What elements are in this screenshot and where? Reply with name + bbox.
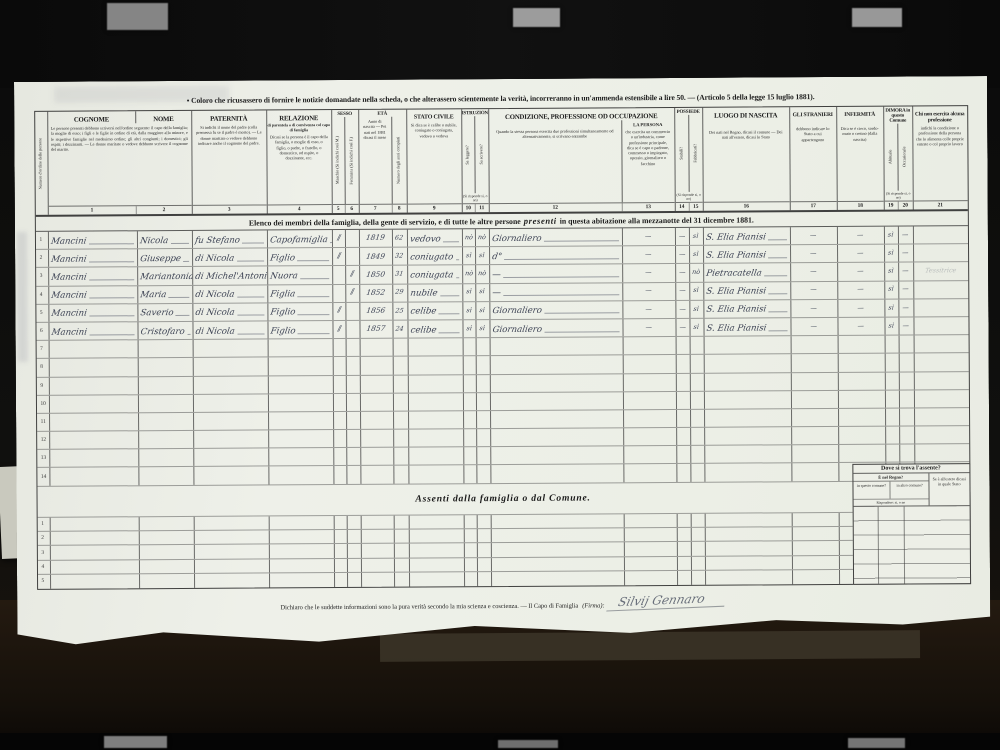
cell-cognome	[49, 377, 138, 395]
handwritten-entry: —	[857, 323, 864, 329]
pen-flourish	[440, 296, 459, 297]
cell-condizione	[491, 465, 624, 483]
cell-nome	[139, 413, 194, 431]
pen-flourish	[89, 298, 134, 299]
col-header-istruzione: ISTRUZIONE Sa leggere? Sa scrivere? (Si …	[462, 109, 490, 212]
pen-flourish	[769, 294, 787, 295]
pen-flourish	[89, 243, 134, 244]
handwritten-entry: ∥	[335, 253, 342, 260]
cell-persona: —	[622, 228, 675, 246]
pen-flourish	[443, 241, 458, 242]
cell-luogo	[704, 355, 791, 373]
cognome-nome-desc: Le persone presenti debbono scriversi ne…	[48, 123, 191, 206]
cell-condizione	[490, 374, 623, 392]
handwritten-entry: sì	[693, 251, 699, 257]
cell-f	[347, 559, 361, 572]
cell-persona: —	[623, 264, 676, 282]
cell-n: 4	[37, 561, 50, 574]
maschio-label: Maschio (Si indichi così M.)	[335, 136, 340, 184]
handwritten-entry: nò	[692, 269, 701, 275]
handwritten-entry: —	[857, 250, 864, 256]
row-number: 7	[38, 346, 43, 352]
handwritten-entry: —	[645, 288, 652, 294]
cell-anno	[361, 530, 394, 544]
handwritten-entry: 62	[395, 235, 404, 241]
cell-paternita: di Michel'Antonio	[193, 267, 268, 285]
cell-m	[334, 530, 347, 543]
handwritten-entry: di Nicola	[194, 309, 234, 318]
cell-condizione	[491, 514, 624, 528]
abituale-cell: Abituale	[884, 124, 898, 191]
cell-stabili: —	[676, 282, 690, 299]
stranieri-title: GLI STRANIERI	[790, 107, 836, 118]
cell-occasionale	[899, 336, 914, 353]
row-number: 14	[39, 473, 46, 479]
cell-persona	[624, 542, 677, 556]
cell-infermita	[838, 354, 885, 371]
relazione-title: RELAZIONE	[267, 110, 331, 122]
pen-flourish	[237, 315, 264, 316]
cell-relazione	[269, 544, 334, 558]
handwritten-entry: —	[810, 287, 817, 293]
cell-f	[348, 573, 362, 586]
pen-flourish	[183, 261, 188, 262]
cell-occasionale	[899, 372, 914, 389]
pen-flourish	[237, 297, 264, 298]
cell-persona	[624, 464, 677, 482]
condizione-desc-cell: Quando la stessa persona esercita due pr…	[489, 120, 622, 203]
pen-flourish	[544, 313, 619, 314]
cell-stranieri	[791, 372, 838, 389]
cell-leggere: nò	[462, 229, 475, 246]
cell-abituale	[886, 427, 900, 444]
cell-nome: Saverio	[138, 304, 193, 322]
handwritten-entry: 24	[395, 325, 404, 331]
row-number: 1	[39, 521, 44, 527]
possiede-note: (Si risponde sì, o no)	[675, 192, 702, 202]
handwritten-entry: —	[902, 304, 909, 310]
pen-flourish	[300, 278, 329, 279]
margin-pencil-smudge	[17, 232, 28, 362]
altro-comune-label: in altro comune?	[891, 481, 929, 498]
handwritten-entry: 1849	[366, 252, 386, 260]
handwritten-entry: —	[902, 268, 909, 274]
cell-stabili	[677, 528, 691, 541]
col-num-12: 12	[489, 203, 622, 212]
cell-scrivere: sì	[476, 320, 490, 337]
la-persona-desc: che esercita un commercio o un'industria…	[622, 127, 674, 168]
pen-flourish	[89, 279, 134, 280]
cell-stabili	[677, 410, 691, 427]
absent-box-col2	[879, 507, 905, 584]
cell-anno: 1857	[360, 321, 393, 338]
cell-nome	[138, 358, 193, 376]
cell-stranieri	[792, 409, 839, 426]
handwritten-entry: —	[810, 323, 817, 329]
present-rows: 1ManciniNicolafu StefanoCapofamiglia∥181…	[35, 226, 969, 486]
cell-scrivere	[478, 572, 492, 585]
handwritten-entry: —	[679, 287, 686, 293]
col-num-8: 8	[392, 205, 406, 213]
cell-stato: celibe	[408, 320, 463, 338]
handwritten-entry: fu Stefano	[194, 236, 240, 245]
cell-mobili	[690, 373, 704, 390]
cell-stato	[410, 572, 465, 586]
handwritten-entry: Mancini	[50, 274, 87, 283]
cell-stabili	[676, 392, 690, 409]
cell-mobili	[690, 391, 704, 408]
cell-cognome	[49, 340, 138, 358]
handwritten-entry: sì	[465, 252, 471, 258]
cell-relazione	[269, 530, 334, 544]
dimora-note: (Si risponde sì, o no)	[884, 191, 912, 201]
cell-stabili	[677, 542, 691, 555]
istruzione-note: (Si risponde sì, o no)	[462, 193, 488, 203]
cell-stranieri	[792, 570, 839, 584]
cell-infermita: —	[838, 281, 885, 298]
handwritten-entry: Mariantonia	[139, 273, 193, 282]
cell-leggere: nò	[463, 266, 476, 283]
handwritten-entry: Mancini	[50, 237, 87, 246]
cell-stranieri	[792, 513, 839, 527]
cell-f	[347, 544, 361, 557]
cell-stato	[408, 393, 463, 411]
cell-m: ∥	[333, 248, 346, 265]
cell-paternita	[194, 449, 269, 467]
cell-condizione: d°	[490, 246, 623, 264]
cell-stato: coniugato	[408, 247, 463, 265]
cell-anno	[361, 466, 394, 483]
handwritten-entry: 1850	[366, 270, 386, 278]
absent-rows: 12345	[37, 511, 969, 589]
handwritten-entry: —	[645, 233, 652, 239]
stranieri-desc: debbono indicare lo Stato a cui apparten…	[790, 118, 837, 201]
pen-flourish	[456, 277, 459, 278]
cell-anno	[361, 448, 394, 465]
condizione-title: CONDIZIONE, PROFESSIONE OD OCCUPAZIONE	[489, 108, 674, 121]
cell-chi	[914, 372, 968, 390]
cell-occasionale	[899, 354, 914, 371]
cell-stato	[409, 558, 464, 572]
cell-luogo	[705, 464, 792, 482]
cell-paternita	[194, 530, 269, 544]
cell-f	[346, 375, 360, 392]
handwritten-entry: —	[857, 268, 864, 274]
cell-m	[333, 266, 346, 283]
cell-anni	[393, 375, 408, 392]
cell-nome: Giuseppe	[138, 249, 193, 267]
cell-mobili	[691, 410, 705, 427]
handwritten-entry: —	[810, 232, 817, 238]
anni-compiuti-cell: Numero degli anni compiuti	[392, 117, 407, 204]
cell-scrivere	[477, 447, 491, 464]
handwritten-entry: sì	[888, 286, 894, 292]
cell-abituale	[885, 336, 899, 353]
cell-infermita: —	[838, 245, 885, 262]
cell-chi	[914, 281, 968, 299]
cell-scrivere	[477, 558, 491, 571]
cell-stranieri	[792, 445, 839, 462]
col-header-numero: Numero d'ordine delle persone	[35, 112, 49, 215]
gray-card	[104, 736, 167, 748]
handwritten-entry: Nuora	[269, 272, 298, 281]
cell-infermita	[838, 372, 885, 389]
handwritten-entry: sì	[693, 305, 699, 311]
cell-condizione	[490, 337, 623, 355]
handwritten-entry: —	[679, 324, 686, 330]
cell-n: 10	[36, 395, 49, 412]
cell-leggere	[464, 558, 477, 571]
handwritten-entry: ∥	[336, 307, 343, 314]
handwritten-entry: sì	[693, 287, 699, 293]
cell-luogo	[705, 409, 792, 427]
cell-nome	[138, 340, 193, 358]
luogo-desc: Dei nati nel Regno, dicasi il comune — D…	[703, 119, 789, 202]
cell-leggere	[464, 447, 477, 464]
cell-paternita: di Nicola	[193, 249, 268, 267]
cell-persona	[624, 410, 677, 428]
cell-scrivere	[477, 466, 491, 483]
col-num-14: 14	[675, 203, 689, 211]
pen-flourish	[769, 312, 787, 313]
cell-m: ∥	[332, 230, 345, 247]
handwritten-entry: sì	[466, 307, 472, 313]
cell-f: ∥	[346, 266, 360, 283]
cell-leggere	[464, 429, 477, 446]
cell-relazione	[270, 573, 335, 587]
cell-cognome	[49, 395, 138, 413]
cell-cognome	[49, 359, 138, 377]
handwritten-entry: ∥	[335, 235, 342, 242]
cell-persona	[623, 373, 676, 391]
cell-m	[334, 544, 347, 557]
cell-chi	[915, 444, 969, 462]
cell-anni: 32	[393, 248, 408, 265]
handwritten-entry: sì	[693, 324, 699, 330]
cell-relazione: Capofamiglia	[267, 230, 332, 248]
handwritten-entry: sì	[888, 268, 894, 274]
cell-abituale	[886, 445, 900, 462]
cell-leggere: sì	[463, 284, 476, 301]
cell-paternita	[195, 574, 270, 588]
cell-infermita	[839, 409, 886, 426]
handwritten-entry: Figlio	[269, 327, 295, 336]
cell-abituale	[885, 354, 899, 371]
pen-flourish	[89, 261, 134, 262]
handwritten-entry: —	[678, 269, 685, 275]
handwritten-entry: sì	[693, 233, 699, 239]
handwritten-entry: Pietracatella	[705, 269, 762, 278]
cell-mobili	[692, 571, 706, 584]
cell-paternita: di Nicola	[193, 303, 268, 321]
faint-stamp-smudge	[54, 86, 229, 103]
cell-anno: 1850	[360, 266, 393, 283]
cell-condizione	[490, 392, 623, 410]
col-header-condizione: CONDIZIONE, PROFESSIONE OD OCCUPAZIONE Q…	[489, 108, 676, 212]
cell-persona: —	[623, 283, 676, 301]
cell-nome	[139, 449, 194, 467]
cell-relazione	[268, 357, 333, 375]
cell-luogo: S. Elia Pianisi	[704, 300, 791, 318]
stabili-label: Stabili?	[679, 147, 684, 160]
cell-occasionale	[900, 445, 915, 462]
cell-anno	[361, 515, 394, 529]
handwritten-entry: —	[645, 324, 652, 330]
cell-relazione	[268, 376, 333, 394]
col-num-9: 9	[407, 203, 461, 212]
col-num-13: 13	[622, 203, 674, 211]
handwritten-entry: sì	[479, 325, 485, 331]
row-number: 4	[39, 564, 44, 570]
cell-chi	[913, 226, 967, 244]
handwritten-entry: nò	[478, 270, 487, 276]
cell-abituale: sì	[885, 299, 899, 316]
cell-persona	[624, 428, 677, 446]
anno-nascita-label: Anno di nascita — Pei nati nel 1881 dica…	[359, 117, 392, 204]
occasionale-cell: Occasionale	[898, 124, 912, 191]
handwritten-entry: sì	[888, 322, 894, 328]
gray-card	[852, 8, 902, 27]
col-num-18: 18	[837, 201, 883, 210]
col-num-20: 20	[898, 202, 912, 210]
cell-stabili: —	[676, 246, 690, 263]
col-header-infermita: INFERMITÀ Dica se è cieco, sordo-muto o …	[837, 107, 885, 210]
cell-paternita: fu Stefano	[192, 230, 267, 248]
cell-relazione: Figlio	[268, 321, 333, 339]
cell-n: 6	[36, 323, 49, 340]
col-header-dimora: DIMORA in questo Comune Abituale Occasio…	[884, 107, 914, 210]
cell-persona: —	[623, 301, 676, 319]
handwritten-entry: Mancini	[50, 310, 87, 319]
cell-m	[335, 573, 348, 586]
cell-m	[334, 559, 347, 572]
luogo-title: LUOGO DI NASCITA	[703, 107, 789, 120]
col-num-10: 10	[462, 204, 475, 212]
cell-anno	[361, 430, 394, 447]
maschio-cell: Maschio (Si indichi così M.)	[332, 117, 346, 204]
cell-n: 4	[36, 286, 49, 303]
cell-anni: 24	[393, 321, 408, 338]
cell-stranieri	[792, 541, 839, 555]
cell-mobili	[691, 428, 705, 445]
cell-condizione: Giornaliero	[489, 228, 622, 246]
cell-persona: —	[623, 319, 676, 337]
cell-relazione: Nuora	[268, 266, 333, 284]
anno-nascita-cell: Anno di nascita — Pei nati nel 1881 dica…	[359, 117, 393, 204]
handwritten-entry: —	[491, 271, 501, 280]
cell-mobili	[691, 542, 705, 555]
cell-stato: coniugata	[408, 266, 463, 284]
cell-luogo	[705, 427, 792, 445]
absent-box-col1	[853, 507, 879, 584]
cell-paternita	[193, 340, 268, 358]
pen-flourish	[237, 260, 264, 261]
handwritten-entry: —	[810, 250, 817, 256]
cell-n: 5	[36, 305, 49, 322]
col-num-16: 16	[703, 201, 789, 211]
cell-m	[333, 285, 346, 302]
cell-condizione: Giornaliero	[490, 319, 623, 337]
row-number: 13	[39, 455, 46, 461]
col-num-15: 15	[689, 203, 702, 211]
cell-abituale	[886, 408, 900, 425]
pen-flourish	[544, 240, 619, 241]
cell-occasionale: —	[899, 245, 914, 262]
cell-anni: 62	[392, 230, 407, 247]
cell-paternita	[194, 431, 269, 449]
row-number: 1	[37, 237, 42, 243]
cell-luogo	[705, 556, 792, 570]
cell-relazione	[268, 394, 333, 412]
cell-stranieri	[791, 336, 838, 353]
cell-scrivere: nò	[476, 265, 490, 282]
cell-chi	[914, 244, 968, 262]
cell-mobili	[691, 464, 705, 481]
cell-persona	[624, 446, 677, 464]
cell-occasionale: —	[898, 227, 913, 244]
cell-relazione	[269, 448, 334, 466]
pen-flourish	[768, 239, 786, 240]
handwritten-entry: 1856	[366, 307, 386, 315]
paternita-title: PATERNITÀ	[192, 110, 266, 122]
cell-nome	[138, 395, 193, 413]
cell-n: 3	[37, 546, 50, 559]
declaration-text: Dichiaro che le suddette informazioni so…	[280, 602, 578, 611]
cell-relazione: Figlio	[268, 248, 333, 266]
cell-stranieri	[792, 527, 839, 541]
cell-stato	[409, 448, 464, 466]
cell-condizione	[491, 428, 624, 446]
cell-stranieri	[792, 556, 839, 570]
cell-luogo	[704, 391, 791, 409]
pen-flourish	[504, 258, 618, 260]
cell-cognome	[51, 574, 140, 588]
cell-mobili	[690, 337, 704, 354]
col-num-21: 21	[913, 200, 967, 209]
col-num-4: 4	[267, 204, 331, 213]
relazione-desc: Dicasi se la persona è il capo della fam…	[267, 132, 331, 204]
absent-box-grid	[853, 506, 969, 584]
col-header-relazione: RELAZIONE di parentela o di convivenza c…	[267, 110, 333, 213]
col-num-19: 19	[884, 202, 898, 210]
cell-stato	[408, 375, 463, 393]
handwritten-entry: Capofamiglia	[269, 236, 328, 245]
handwritten-entry: sì	[888, 250, 894, 256]
cell-leggere	[464, 529, 477, 542]
cell-occasionale: —	[899, 299, 914, 316]
cell-paternita	[194, 545, 269, 559]
sa-leggere-label: Sa leggere?	[465, 145, 470, 164]
cell-nome: Cristofaro	[138, 322, 193, 340]
cell-leggere: sì	[463, 302, 476, 319]
cell-persona	[624, 514, 677, 528]
cell-f	[346, 339, 360, 356]
estero-label: Se è all'estero dicasi in quale Stato	[929, 473, 969, 505]
col-num-3: 3	[192, 204, 266, 213]
cell-nome	[139, 517, 194, 531]
col-num-11: 11	[475, 204, 488, 212]
cell-leggere: sì	[463, 247, 476, 264]
cell-leggere	[463, 393, 476, 410]
cell-nome: Nicola	[137, 231, 192, 249]
pen-flourish	[298, 333, 329, 334]
cell-relazione: Figlia	[268, 285, 333, 303]
cell-stranieri: —	[791, 245, 838, 262]
handwritten-entry: —	[857, 232, 864, 238]
col-num-2: 2	[137, 206, 192, 214]
cell-anni	[393, 339, 408, 356]
cell-m	[334, 430, 347, 447]
